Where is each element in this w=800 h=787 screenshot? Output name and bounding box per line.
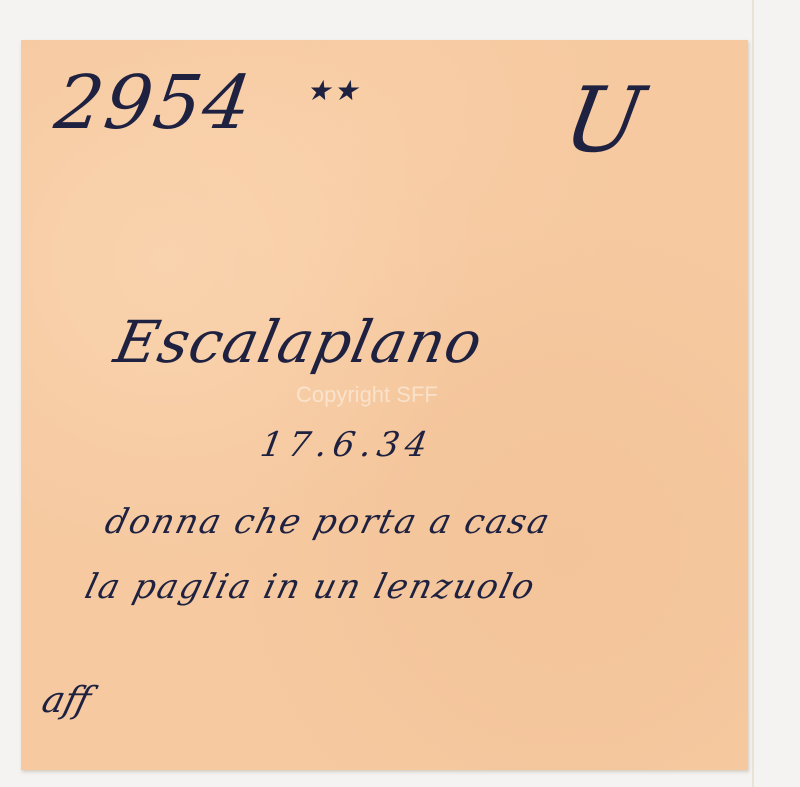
description-line-1: donna che porta a casa [101,502,555,542]
date: 17.6.34 [257,425,436,465]
archival-card: 2954 ★★ U Escalaplano Copyright SFF 17.6… [21,40,748,770]
star-marks-icon: ★★ [306,74,360,107]
catalog-number: 2954 [50,60,258,146]
description-line-2: la paglia in un lenzuolo [81,567,540,607]
place-name: Escalaplano [109,308,489,376]
initials-signature: aff [38,680,95,721]
category-letter: U [557,68,651,173]
backdrop-edge [752,0,754,787]
copyright-watermark: Copyright SFF [296,382,438,408]
